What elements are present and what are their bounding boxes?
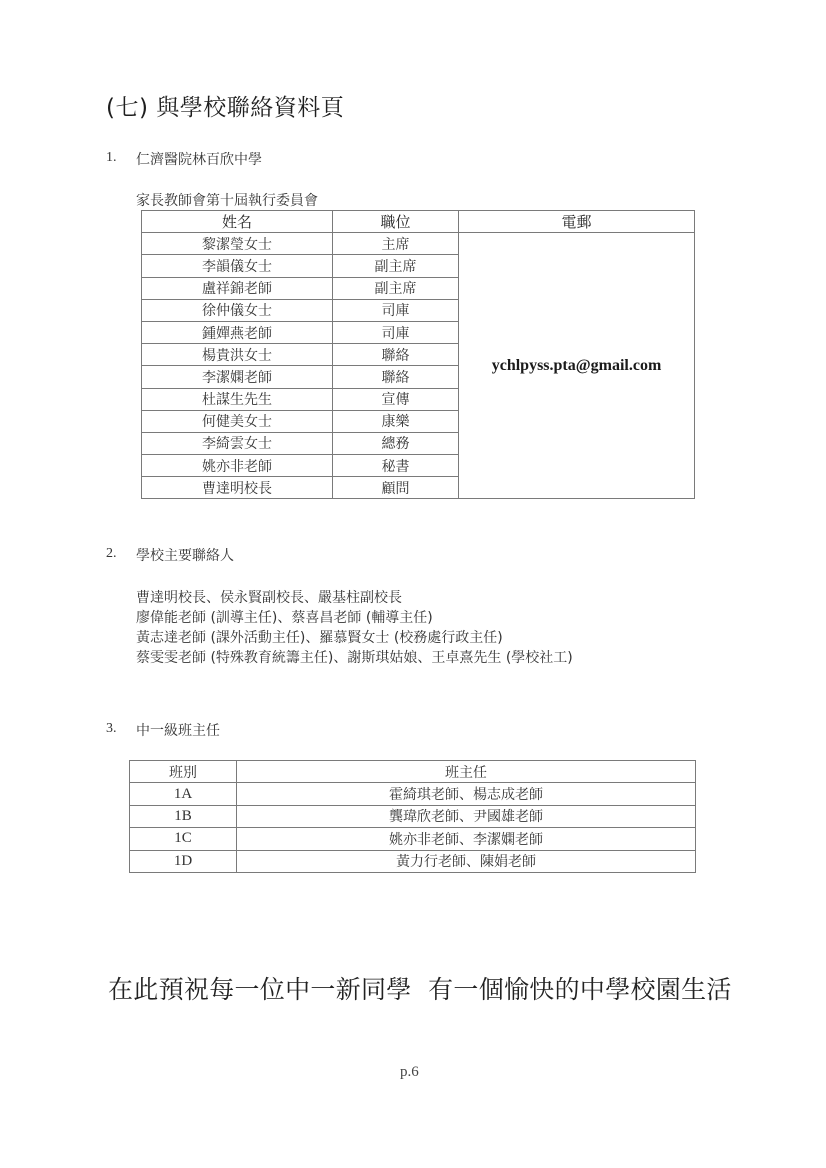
member-name: 鍾嬋燕老師 — [142, 321, 333, 343]
member-name: 姚亦非老師 — [142, 455, 333, 477]
member-position: 秘書 — [333, 455, 459, 477]
pta-email: ychlpyss.pta@gmail.com — [459, 233, 695, 499]
table-row: 1A 霍綺琪老師、楊志成老師 — [130, 783, 696, 805]
table-header-row: 姓名 職位 電郵 — [142, 211, 695, 233]
contact-list: 曹達明校長、侯永賢副校長、嚴基柱副校長 廖偉能老師 (訓導主任)、蔡喜昌老師 (… — [136, 588, 573, 668]
member-name: 徐仲儀女士 — [142, 299, 333, 321]
member-position: 司庫 — [333, 299, 459, 321]
member-name: 盧祥錦老師 — [142, 277, 333, 299]
header-name: 姓名 — [142, 211, 333, 233]
class-code: 1C — [130, 828, 237, 850]
member-name: 杜謀生先生 — [142, 388, 333, 410]
class-code: 1A — [130, 783, 237, 805]
member-name: 黎潔瑩女士 — [142, 233, 333, 255]
page-number: p.6 — [400, 1064, 419, 1081]
member-position: 司庫 — [333, 321, 459, 343]
header-email: 電郵 — [459, 211, 695, 233]
class-teachers: 姚亦非老師、李潔嫻老師 — [237, 828, 696, 850]
member-position: 聯絡 — [333, 344, 459, 366]
page-title: (七) 與學校聯絡資料頁 — [106, 89, 344, 122]
table-row: 1C 姚亦非老師、李潔嫻老師 — [130, 828, 696, 850]
table-row: 1B 龔瑋欣老師、尹國雄老師 — [130, 805, 696, 827]
section-3-number: 3. — [106, 721, 117, 737]
member-position: 副主席 — [333, 277, 459, 299]
member-position: 總務 — [333, 432, 459, 454]
class-teacher-table: 班別 班主任 1A 霍綺琪老師、楊志成老師 1B 龔瑋欣老師、尹國雄老師 1C … — [129, 760, 696, 873]
contact-line: 曹達明校長、侯永賢副校長、嚴基柱副校長 — [136, 588, 573, 608]
member-name: 楊貴洪女士 — [142, 344, 333, 366]
section-2-number: 2. — [106, 546, 117, 562]
class-teachers: 龔瑋欣老師、尹國雄老師 — [237, 805, 696, 827]
section-3-title: 中一級班主任 — [136, 720, 220, 740]
pta-committee-table: 姓名 職位 電郵 黎潔瑩女士 主席 ychlpyss.pta@gmail.com… — [141, 210, 695, 499]
section-2-title: 學校主要聯絡人 — [136, 545, 234, 565]
table-row: 1D 黃力行老師、陳娟老師 — [130, 850, 696, 872]
contact-line: 蔡雯雯老師 (特殊教育統籌主任)、謝斯琪姑娘、王卓熹先生 (學校社工) — [136, 648, 573, 668]
header-class: 班別 — [130, 761, 237, 783]
closing-message: 在此預祝每一位中一新同學 有一個愉快的中學校園生活 — [108, 970, 732, 1006]
pta-committee-subtitle: 家長教師會第十屆執行委員會 — [136, 190, 318, 210]
class-code: 1B — [130, 805, 237, 827]
member-position: 副主席 — [333, 255, 459, 277]
section-1-title: 仁濟醫院林百欣中學 — [136, 149, 262, 169]
class-code: 1D — [130, 850, 237, 872]
member-name: 李韻儀女士 — [142, 255, 333, 277]
contact-line: 黃志達老師 (課外活動主任)、羅慕賢女士 (校務處行政主任) — [136, 628, 573, 648]
member-name: 曹達明校長 — [142, 477, 333, 499]
header-position: 職位 — [333, 211, 459, 233]
table-header-row: 班別 班主任 — [130, 761, 696, 783]
contact-line: 廖偉能老師 (訓導主任)、蔡喜昌老師 (輔導主任) — [136, 608, 573, 628]
member-position: 顧問 — [333, 477, 459, 499]
class-teachers: 霍綺琪老師、楊志成老師 — [237, 783, 696, 805]
section-1-number: 1. — [106, 150, 117, 166]
member-position: 聯絡 — [333, 366, 459, 388]
class-teachers: 黃力行老師、陳娟老師 — [237, 850, 696, 872]
table-row: 黎潔瑩女士 主席 ychlpyss.pta@gmail.com — [142, 233, 695, 255]
member-name: 李潔嫻老師 — [142, 366, 333, 388]
member-name: 李綺雲女士 — [142, 432, 333, 454]
header-class-teacher: 班主任 — [237, 761, 696, 783]
member-position: 康樂 — [333, 410, 459, 432]
member-name: 何健美女士 — [142, 410, 333, 432]
member-position: 主席 — [333, 233, 459, 255]
member-position: 宣傳 — [333, 388, 459, 410]
